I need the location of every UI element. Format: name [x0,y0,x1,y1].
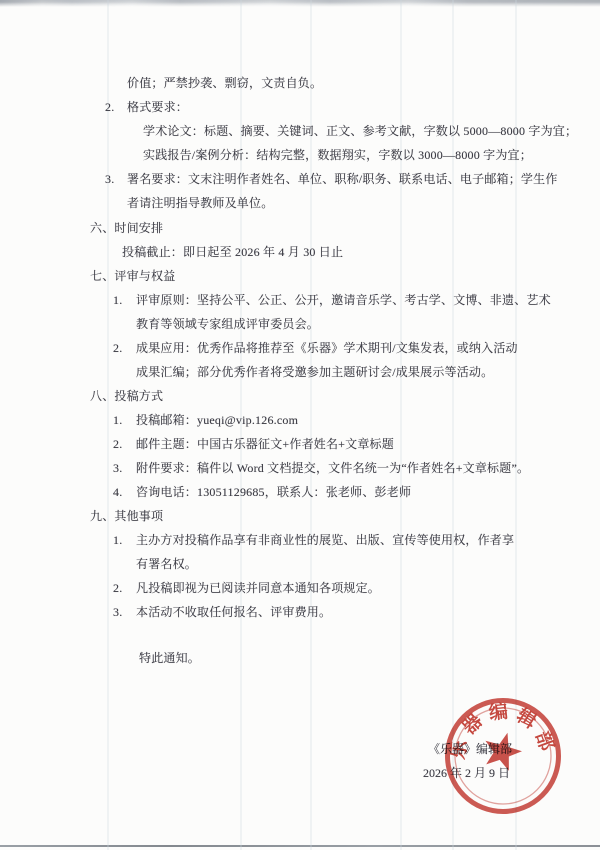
section-heading: 七、评审与权益 [90,270,175,283]
list-item-number: 2. [113,582,136,595]
section-heading-text: 九、其他事项 [90,509,163,523]
body-text: 学术论文：标题、摘要、关键词、正文、参考文献，字数以 5000—8000 字为宜… [143,124,577,138]
body-line: 学术论文：标题、摘要、关键词、正文、参考文献，字数以 5000—8000 字为宜… [143,125,577,138]
list-item-text: 咨询电话：13051129685，联系人：张老师、彭老师 [136,485,411,499]
list-item-number: 2. [113,342,136,355]
bottom-scan-edge [0,845,600,847]
list-item: 3.署名要求：文末注明作者姓名、单位、职称/职务、联系电话、电子邮箱；学生作 [105,173,558,186]
body-text: 有署名权。 [136,557,197,571]
closing-text: 特此通知。 [139,651,200,665]
list-item: 4.咨询电话：13051129685，联系人：张老师、彭老师 [113,486,411,499]
list-item-text: 附件要求：稿件以 Word 文档提交，文件名统一为“作者姓名+文章标题”。 [136,461,529,475]
list-item-text: 格式要求： [127,100,188,114]
body-text: 实践报告/案例分析：结构完整，数据翔实，字数以 3000—8000 字为宜； [143,148,532,162]
body-line: 价值；严禁抄袭、剽窃，文责自负。 [127,77,322,90]
body-text: 成果汇编；部分优秀作者将受邀参加主题研讨会/成果展示等活动。 [136,365,493,379]
section-heading: 六、时间安排 [90,222,163,235]
list-item-text: 投稿邮箱：yueqi@vip.126.com [136,413,298,427]
list-item-number: 3. [105,173,127,186]
scan-streak [107,0,109,850]
body-line: 成果汇编；部分优秀作者将受邀参加主题研讨会/成果展示等活动。 [136,366,493,379]
list-item-text: 署名要求：文末注明作者姓名、单位、职称/职务、联系电话、电子邮箱；学生作 [127,172,558,186]
list-item-number: 3. [113,606,136,619]
seal-char: 器 [458,710,487,739]
list-item: 1.评审原则：坚持公平、公正、公开，邀请音乐学、考古学、文博、非遗、艺术 [113,294,551,307]
section-heading: 九、其他事项 [90,510,163,523]
list-item: 1.主办方对投稿作品享有非商业性的展览、出版、宣传等使用权，作者享 [113,534,514,547]
body-line: 有署名权。 [136,558,197,571]
body-line: 者请注明指导教师及单位。 [127,197,273,210]
list-item: 3.附件要求：稿件以 Word 文档提交，文件名统一为“作者姓名+文章标题”。 [113,462,529,475]
closing-line: 特此通知。 [139,652,200,665]
list-item-text: 邮件主题：中国古乐器征文+作者姓名+文章标题 [136,437,394,451]
list-item: 2.格式要求： [105,101,188,114]
list-item-text: 本活动不收取任何报名、评审费用。 [136,605,331,619]
seal-char: 辑 [512,703,541,733]
list-item-number: 2. [105,101,127,114]
list-item-text: 评审原则：坚持公平、公正、公开，邀请音乐学、考古学、文博、非遗、艺术 [136,293,551,307]
body-text: 教育等领域专家组成评审委员会。 [136,317,319,331]
list-item-number: 1. [113,414,136,427]
section-heading: 八、投稿方式 [90,390,163,403]
list-item-number: 2. [113,438,136,451]
body-line: 实践报告/案例分析：结构完整，数据翔实，字数以 3000—8000 字为宜； [143,149,532,162]
list-item-text: 成果应用：优秀作品将推荐至《乐器》学术期刊/文集发表，或纳入活动 [136,341,518,355]
official-seal: 乐 器 编 辑 部 [440,693,566,819]
list-item-text: 凡投稿即视为已阅读并同意本通知各项规定。 [136,581,380,595]
body-text: 者请注明指导教师及单位。 [127,196,273,210]
list-item: 2.邮件主题：中国古乐器征文+作者姓名+文章标题 [113,438,394,451]
list-item-number: 3. [113,462,136,475]
star-icon [479,728,526,773]
body-line: 教育等领域专家组成评审委员会。 [136,318,319,331]
list-item-number: 4. [113,486,136,499]
section-heading-text: 八、投稿方式 [90,389,163,403]
body-text: 投稿截止：即日起至 2026 年 4 月 30 日止 [122,245,343,259]
list-item: 2.凡投稿即视为已阅读并同意本通知各项规定。 [113,582,380,595]
list-item: 3.本活动不收取任何报名、评审费用。 [113,606,331,619]
section-heading-text: 七、评审与权益 [90,269,175,283]
top-scan-edge [0,0,600,7]
list-item-number: 1. [113,534,136,547]
list-item-text: 主办方对投稿作品享有非商业性的展览、出版、宣传等使用权，作者享 [136,533,514,547]
section-heading-text: 六、时间安排 [90,221,163,235]
body-line: 投稿截止：即日起至 2026 年 4 月 30 日止 [122,246,343,259]
list-item-number: 1. [113,294,136,307]
document-page: 价值；严禁抄袭、剽窃，文责自负。 2.格式要求： 学术论文：标题、摘要、关键词、… [0,0,600,850]
list-item: 1.投稿邮箱：yueqi@vip.126.com [113,414,298,427]
seal-char: 乐 [447,738,472,761]
body-text: 价值；严禁抄袭、剽窃，文责自负。 [127,76,322,90]
seal-char: 编 [488,699,509,724]
list-item: 2.成果应用：优秀作品将推荐至《乐器》学术期刊/文集发表，或纳入活动 [113,342,518,355]
